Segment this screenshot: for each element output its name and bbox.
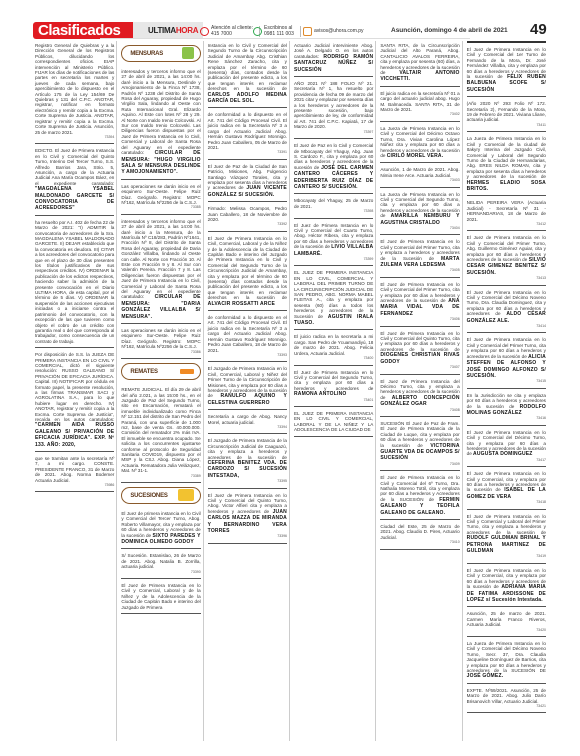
legal-notice: En la Jurisdicción se cita y emplaza por…	[467, 391, 546, 426]
notice-code: 73403	[380, 178, 459, 183]
legal-notice: EL JUEZ DE PRIMERA INSTANCIA EN LO CIVIL…	[294, 268, 373, 330]
notice-code: 73421	[467, 704, 546, 709]
contact-email: avisos@uhora.com.py	[303, 24, 364, 38]
notice-code: 73394	[35, 135, 114, 140]
legal-notice: Firmado: Melissa Ocampos, Pedro Juan Cab…	[208, 204, 287, 232]
notice-code: 73409	[380, 462, 459, 467]
classifieds-columns: Registro General de Quiebras y a la Dire…	[33, 41, 548, 741]
legal-notice: El Juez de Paz en lo Civil y Comercial d…	[294, 141, 373, 194]
column-top-rule	[467, 41, 546, 43]
notice-code: 73401	[294, 398, 373, 403]
column-4: Actuario Judicial interviniente Abog. Jo…	[292, 41, 376, 741]
notice-code: 73412	[467, 222, 546, 227]
contact-whatsapp: Escribinos al0981 111 003	[253, 24, 301, 38]
notice-text: EDICTO. El Juez de Primera Instancia en …	[35, 148, 114, 185]
legal-notice: interesados y terceros informo que el 27…	[121, 217, 200, 324]
legal-notice: REMATE JUDICIAL. El día 29 de abril del …	[121, 385, 200, 483]
notice-text: EL JUEZ DE PRIMERA INSTANCIA EN LO CIVIL…	[294, 270, 373, 318]
notice-text: que se tramitan ante la secretaría Nº 7,…	[35, 456, 114, 483]
legal-notice: que se tramitan ante la secretaría Nº 7,…	[35, 454, 114, 492]
notice-party-name: RUDOLF GULDMAN BRINAL Y PETRONA MARTINEZ…	[467, 535, 546, 554]
notice-code: 73416	[467, 416, 546, 421]
notice-text: Mbocayaty del Yhaguy, 25 de Marzo de 202…	[294, 198, 373, 208]
legal-notice: de conformidad a lo dispuesto en el Art.…	[208, 110, 287, 159]
legal-notice: El Juez de Primera Instancia en lo Civil…	[467, 566, 546, 607]
legal-notice: Instancia en lo Civil y Comercial del Se…	[208, 41, 287, 108]
legal-notice: El Juez de Primera Instancia en lo Civil…	[294, 368, 373, 407]
notice-text: de conformidad a lo dispuesto en el Art.…	[208, 315, 287, 352]
notice-text: de conformidad a lo dispuesto en el Art.…	[208, 112, 287, 149]
whatsapp-icon	[253, 27, 262, 36]
legal-notice: El juicio radica en la secretaría Nº 01 …	[380, 89, 459, 122]
legal-notice: NELIDA PEREIRA VERA (Actuaria Judicial) …	[467, 198, 546, 231]
notice-code: 73420	[467, 628, 546, 633]
notice-party-name: AMARILLA NEMBURU Y AGUSTINA CRISTALDO	[380, 213, 459, 225]
notice-code: 73411	[467, 123, 546, 128]
mensuras-icon	[182, 47, 194, 59]
section-label: SUCESIONES	[130, 493, 167, 499]
legal-notice: El Juez de Primera Instancia del Décimo …	[380, 377, 459, 417]
notice-code: 73396	[208, 534, 287, 539]
legal-notice: Ciudad del Este, 25 de Marzo de 2021. Ab…	[380, 522, 459, 550]
contact-phone: Atención al cliente:415 7000	[200, 24, 260, 38]
notice-party-name: RANULFO AQUINO Y CELESTINA GUERRERO	[208, 393, 287, 405]
notice-party-name: CIRILO MOREL VERA.	[387, 153, 444, 159]
legal-notice: El Juez de Primera Instancia en lo Civil…	[380, 280, 459, 327]
remates-icon	[180, 369, 194, 374]
notice-text: Las operaciones se darán inicio en el es…	[121, 328, 200, 349]
notice-code: 73397	[294, 130, 373, 135]
section-title: Clasificados	[33, 22, 133, 39]
legal-notice: El Juez de Primera Instancia en lo Civil…	[467, 45, 546, 97]
legal-notice: SANTA RITA, de la Circunscripción Judici…	[380, 41, 459, 87]
sucesiones-icon	[178, 489, 194, 501]
notice-code: 73399	[294, 257, 373, 262]
legal-notice: La Jueza de Primera Instancia en lo Civi…	[467, 639, 546, 684]
notice-text: NELIDA PEREIRA VERA (Actuaria Judicial) …	[467, 200, 546, 221]
legal-notice: Asunción, 25 de marzo de 2021. Carmen Ma…	[467, 609, 546, 637]
notice-code: 73415	[467, 379, 546, 384]
notice-text: El juicio radica en la secretaría Nº 01 …	[380, 91, 459, 112]
legal-notice: El Juzgado de Primera Instancia en lo Ci…	[208, 364, 287, 410]
notice-party-name: HERMES ELADIO SOSA BRITOS.	[467, 180, 546, 192]
notice-code: 73405	[380, 268, 459, 273]
notice-code: 73418	[467, 500, 546, 505]
legal-notice: El Juez de Paz de la Ciudad de San Patri…	[208, 162, 287, 202]
legal-notice: El juicio radica en la secretaría a mi c…	[294, 332, 373, 365]
notice-text: El Juez de Primera Instancia en lo Civil…	[121, 583, 200, 610]
notice-code: 73394	[208, 425, 287, 430]
notice-text: Asunción, 1 de Marzo de 2021. Abog. Nimi…	[380, 167, 459, 177]
notice-text: Por disposición de S.S. la JUEZA DE PRIM…	[35, 352, 114, 422]
phone-icon	[200, 27, 209, 36]
legal-notice: Secretaría a cargo de Abog. Nancy Morel,…	[208, 412, 287, 434]
notice-party-name: "CARMEN AIDA RUSSO GALEANO S/ PRIVACIÓN …	[35, 422, 114, 447]
legal-notice: El Juez de Primera Instancia en lo Civil…	[467, 288, 546, 334]
legal-notice: Actuario Judicial interviniente Abog. Jo…	[294, 41, 373, 77]
legal-notice: La Jueza de Primera Instancia en lo Civi…	[380, 190, 459, 236]
legal-notice: interesados y terceros informo que el 27…	[121, 67, 200, 180]
notice-code: 73413	[467, 276, 546, 281]
notice-text: Registro General de Quiebras y a la Dire…	[35, 43, 114, 135]
notice-party-name: VALTAIR ANTONIO VICCHETTI.	[380, 70, 459, 82]
notice-text: Asunción, 25 de marzo de 2021. Carmen Ma…	[467, 611, 546, 627]
column-2: MENSURASinteresados y terceros informo q…	[119, 41, 203, 741]
notice-party-name: ALVACIR ROSSATTI ARCE	[208, 301, 275, 307]
legal-notice: El Juez de Primera Instancia en lo Civil…	[294, 221, 373, 267]
notice-text: REMATE JUDICIAL. El día 29 de abril del …	[121, 387, 200, 473]
notice-party-name: JOSÉ GÓMEZ.	[467, 673, 504, 679]
notice-text: (Año 2020 Nº 293 Folio Nº 172. Secretarí…	[467, 101, 546, 122]
notice-text: Firmado: Melissa Ocampos, Pedro Juan Cab…	[208, 206, 287, 222]
notice-code: 73386	[121, 350, 200, 355]
legal-notice: Las operaciones se darán inicio en el es…	[121, 326, 200, 359]
notice-code: 73400	[294, 356, 373, 361]
notice-text: interesados y terceros informo que el 27…	[121, 219, 200, 300]
notice-code: 73395	[208, 479, 287, 484]
notice-code: 73393	[208, 353, 287, 358]
legal-notice: El Juez de Primera Instancia en lo Civil…	[380, 237, 459, 277]
notice-code: 73417	[467, 458, 546, 463]
legal-notice: ha resuelto por A.I. 402 de fecha 22 de …	[35, 218, 114, 348]
column-5: SANTA RITA, de la Circunscripción Judici…	[378, 41, 462, 741]
notice-code: 73391	[208, 150, 287, 155]
legal-notice: Mbocayaty del Yhaguy, 25 de Marzo de 202…	[294, 196, 373, 218]
notice-party-name: RAMONA ANTOLINO	[294, 391, 347, 397]
legal-notice: El Juez de Primera Instancia en lo Civil…	[467, 335, 546, 388]
legal-notice: El Juez de Primera Instancia en lo Civil…	[380, 329, 459, 375]
legal-notice: El Juez de Primera Instancia en lo Civil…	[208, 491, 287, 544]
legal-notice: La Jueza de Primera Instancia en lo Civi…	[380, 124, 459, 163]
notice-text: El juicio radica en la secretaría a mi c…	[294, 334, 373, 355]
notice-text: El Juez de Primera Instancia en lo Civil…	[380, 331, 459, 352]
notice-code: 73398	[294, 209, 373, 214]
notice-text: El Juzgado de Primera Instancia de la Ci…	[208, 438, 287, 459]
notice-code: 73419	[467, 554, 546, 559]
section-label: MENSURAS	[130, 51, 163, 57]
column-6: El Juez de Primera Instancia en lo Civil…	[465, 41, 548, 741]
notice-code: 73410	[380, 540, 459, 545]
legal-notice: El Juez de Primera Instancia en lo Civil…	[208, 234, 287, 311]
notice-text: El Juez de Primera Instancia en lo Civil…	[294, 370, 373, 391]
legal-notice: El Juez de Primera Instancia en lo Civil…	[380, 473, 459, 520]
notice-text: S/ Sucesión. Estanislao, 26 de Marzo de …	[121, 553, 200, 569]
notice-party-name: CARLOS ADOLFO MEDINA GARCÍA DEL SOL.	[208, 92, 287, 104]
mail-icon	[303, 27, 312, 36]
notice-text: EXPTE. Nº69/2021. Asunción, 25 de Marzo …	[467, 688, 546, 704]
notice-code: 73986	[35, 483, 114, 488]
legal-notice: de conformidad a lo dispuesto en el Art.…	[208, 313, 287, 362]
notice-code: 73389	[121, 474, 200, 479]
header-rule	[100, 38, 470, 39]
notice-text: ha resuelto por A.I. 402 de fecha 22 de …	[35, 220, 114, 344]
notice-text: El Juez de Primera Instancia en lo Civil…	[467, 514, 546, 535]
notice-code: 73408	[380, 408, 459, 413]
legal-notice: SUCESIÓN El Juez de Paz de Fram. El Juez…	[380, 419, 459, 471]
legal-notice: AÑO 2021 Nº 188 FOLIO Nº 21. Secretaría …	[294, 79, 373, 139]
notice-text: AÑO 2021 Nº 188 FOLIO Nº 21. Secretaría …	[294, 81, 373, 129]
section-header-mensuras: MENSURAS	[121, 45, 200, 62]
legal-notice: Registro General de Quiebras y a la Dire…	[35, 41, 114, 144]
dateline: Asunción, domingo 4 de abril de 2021	[391, 27, 508, 34]
legal-notice: Asunción, 1 de Marzo de 2021. Abog. Nimi…	[380, 165, 459, 187]
legal-notice: Por disposición de S.S. la JUEZA DE PRIM…	[35, 350, 114, 452]
column-3: Instancia en lo Civil y Comercial del Se…	[206, 41, 290, 741]
legal-notice: El Juez de Primera Instancia en lo Civil…	[467, 233, 546, 285]
notice-text: Ciudad del Este, 25 de Marzo de 2021. Ab…	[380, 524, 459, 540]
legal-notice: El Juez de Primera Instancia en lo Civil…	[121, 581, 200, 614]
notice-code: 73407	[380, 365, 459, 370]
section-header-sucesiones: SUCESIONES	[121, 487, 200, 504]
section-label: REMATES	[130, 369, 158, 375]
legal-notice: EXPTE. Nº69/2021. Asunción, 25 de Marzo …	[467, 686, 546, 714]
notice-text: interesados y terceros informo que el 27…	[121, 69, 200, 155]
notice-code: 73414	[467, 324, 546, 329]
notice-code: 73385	[121, 205, 200, 210]
legal-notice: Las operaciones se darán inicio en el es…	[121, 182, 200, 215]
legal-notice: La Jueza de Primera Instancia en lo Civi…	[467, 134, 546, 196]
legal-notice: El Juez de Primera Instancia en lo Civil…	[467, 469, 546, 509]
newspaper-logo: ULTIMAHORA	[148, 26, 198, 35]
notice-code: 73392	[208, 222, 287, 227]
notice-party-name: ALBERTO CONCEPCIÓN GONZÁLEZ OGAR	[380, 395, 459, 407]
notice-text: La Jueza de Primera Instancia en lo Civi…	[467, 136, 546, 179]
legal-notice: El Juez de primera instancia en lo Civil…	[121, 509, 200, 549]
legal-notice: S/ Sucesión. Estanislao, 26 de Marzo de …	[121, 551, 200, 579]
notice-party-name: AUGUSTA DOMINGUEZ	[473, 451, 533, 457]
legal-notice: El Juez de Primera Instancia en lo Civil…	[467, 428, 546, 467]
notice-code: 73404	[380, 226, 459, 231]
notice-code: 73390	[121, 570, 200, 575]
legal-notice: EDICTO. El Juez de Primera Instancia en …	[35, 146, 114, 215]
legal-notice: (Año 2020 Nº 293 Folio Nº 172. Secretarí…	[467, 99, 546, 132]
notice-party-name: CEFERINA BENITEZ VDA. DE CARDOZO S/ SUCE…	[208, 460, 287, 479]
notice-code: 73406	[380, 317, 459, 322]
notice-text: La Jueza de Primera Instancia en lo Civi…	[467, 641, 546, 673]
notice-code: 73402	[380, 112, 459, 117]
page-number: 49	[530, 21, 547, 38]
notice-party-name: DIOGENES CHRISTIAN RIVAS GODOY	[380, 352, 459, 364]
notice-text: EL JUEZ DE PRIMERA INSTANCIA EN LO CIVIL…	[294, 411, 373, 432]
legal-notice: El Juez de Primera Instancia en lo Civil…	[467, 512, 546, 564]
notice-text: Secretaría a cargo de Abog. Nancy Morel,…	[208, 414, 287, 424]
legal-notice: El Juzgado de Primera Instancia de la Ci…	[208, 436, 287, 488]
notice-party-name: "MAGDALENA YSABEL MALDONADO GARCETE S/ C…	[35, 186, 114, 211]
legal-notice: EL JUEZ DE PRIMERA INSTANCIA EN LO CIVIL…	[294, 409, 373, 437]
section-header-remates: REMATES	[121, 363, 200, 380]
page-header: Clasificados ULTIMAHORA Atención al clie…	[0, 20, 580, 40]
notice-text: Instancia en lo Civil y Comercial del Se…	[208, 43, 287, 91]
column-1: Registro General de Quiebras y a la Dire…	[33, 41, 117, 741]
notice-text: El Juez de Primera Instancia en lo Civil…	[208, 236, 287, 300]
notice-text: Las operaciones se darán inicio en el es…	[121, 184, 200, 205]
